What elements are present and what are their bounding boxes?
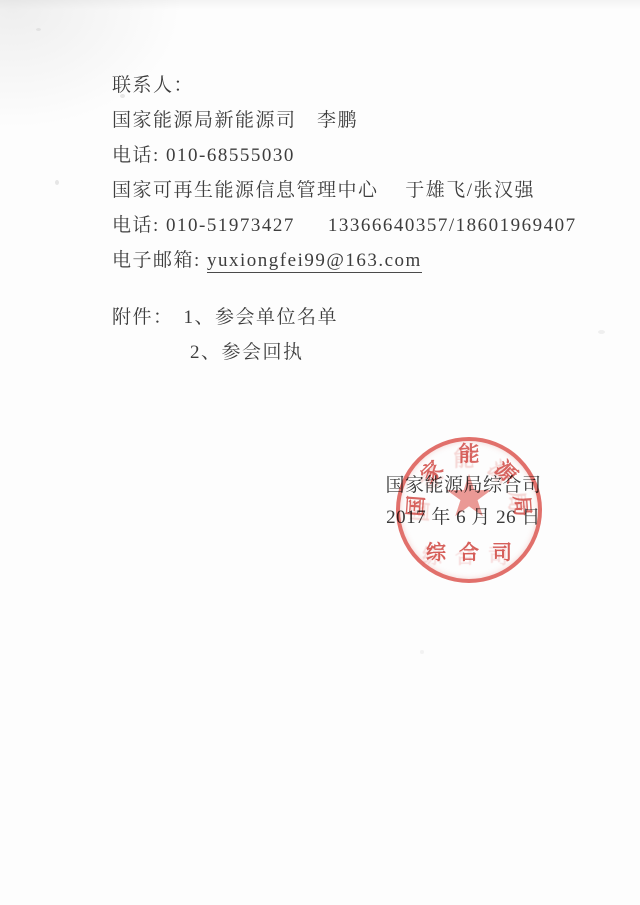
attachment-item-2: 2、参会回执	[190, 342, 304, 363]
scan-speck	[420, 650, 424, 654]
contact-label-line: 联系人：	[112, 76, 610, 96]
contact-phone-line-2: 电话: 010-51973427 13366640357/18601969407	[112, 216, 610, 236]
email-label: 电子邮箱:	[112, 250, 207, 271]
scan-speck	[36, 28, 41, 31]
contact-section: 联系人： 国家能源局新能源司 李鹏 电话: 010-68555030 国家可再生…	[112, 76, 610, 378]
contact-phone-line-1: 电话: 010-68555030	[112, 146, 610, 166]
scan-speck	[55, 180, 59, 185]
issuer-name: 国家能源局综合司	[366, 475, 561, 496]
attachments-label: 附件：	[112, 307, 174, 328]
email-address: yuxiongfei99@163.com	[207, 250, 422, 273]
attachment-item-1: 1、参会单位名单	[184, 307, 339, 328]
contact-dept-line: 国家能源局新能源司 李鹏	[112, 111, 610, 131]
attachment-row-1: 附件：1、参会单位名单	[112, 308, 610, 328]
scan-speck	[598, 330, 605, 334]
attachment-row-2: 2、参会回执	[112, 343, 610, 363]
attachments-section: 附件：1、参会单位名单 2、参会回执	[112, 308, 610, 363]
seal-arc-char-3: 能	[458, 443, 480, 465]
issue-date: 2017 年 6 月 26 日	[366, 507, 561, 528]
seal-bottom-text: 综合司	[396, 536, 542, 565]
scan-speck	[120, 94, 125, 98]
contact-email-line: 电子邮箱: yuxiongfei99@163.com	[112, 251, 610, 271]
signature-block: 国家能源局综合司 2017 年 6 月 26 日	[366, 475, 561, 528]
contact-center-line: 国家可再生能源信息管理中心 于雄飞/张汉强	[112, 181, 610, 201]
scanned-document-page: 联系人： 国家能源局新能源司 李鹏 电话: 010-68555030 国家可再生…	[0, 0, 640, 905]
